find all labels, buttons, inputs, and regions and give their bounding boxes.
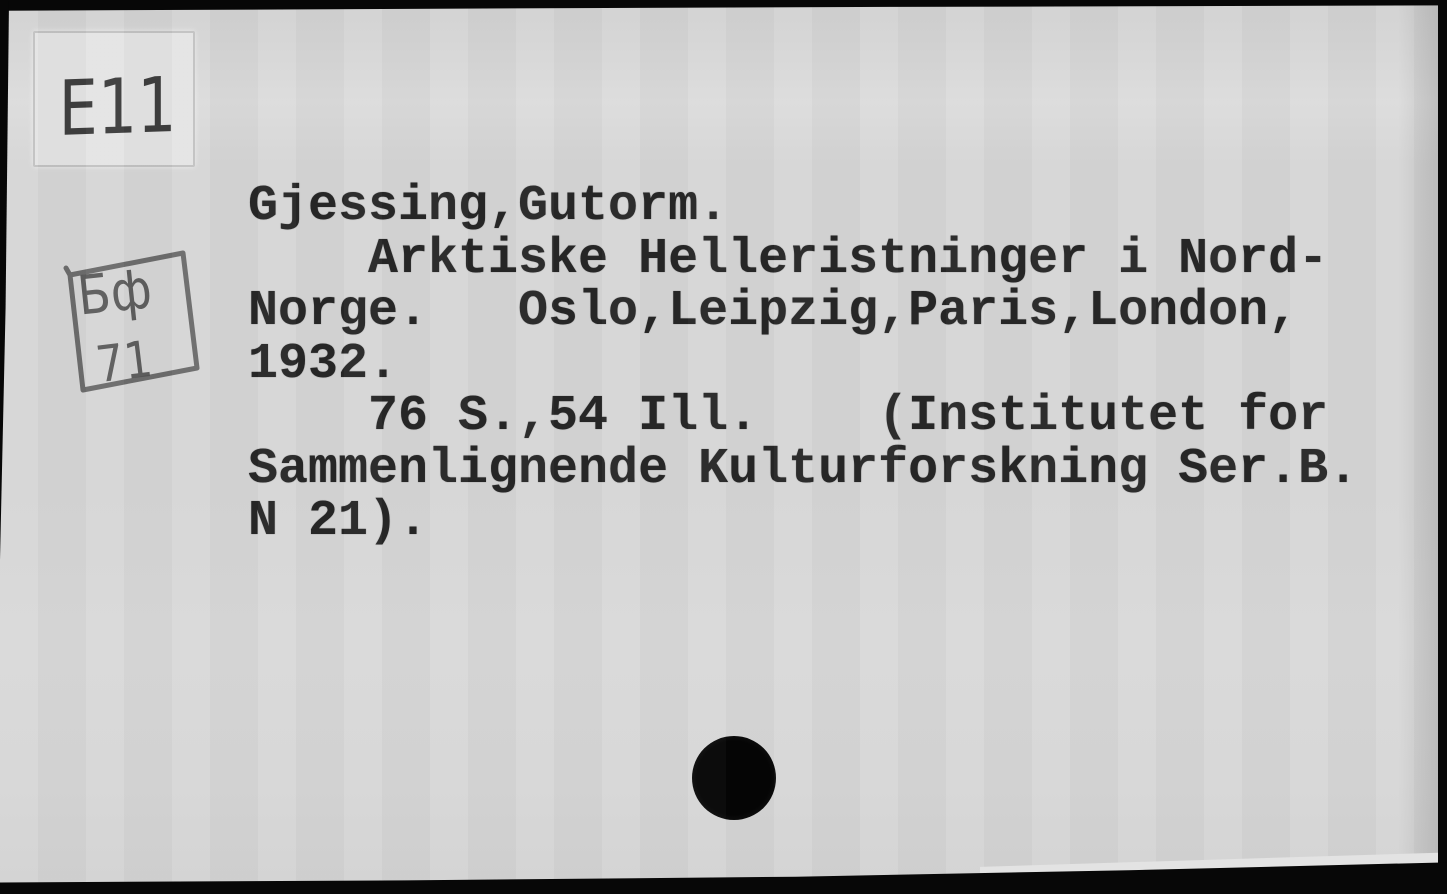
entry-line-series-1: Sammenlignende Kulturforskning Ser.B. (248, 444, 1358, 497)
entry-line-title-2: Norge. Oslo,Leipzig,Paris,London, (248, 286, 1358, 339)
stamp-text-bottom: 71 (93, 330, 156, 394)
punch-hole (692, 736, 776, 820)
card-right-edge-shading (1398, 5, 1438, 894)
entry-line-author: Gjessing,Gutorm. (248, 181, 1358, 234)
bibliographic-entry: Gjessing,Gutorm. Arktiske Helleristninge… (248, 181, 1358, 549)
stamp-text-top: Бф (75, 257, 155, 327)
scanned-catalog-card-page: E11 Бф 71 Gjessing,Gutorm. Arktiske Hell… (0, 0, 1447, 894)
scan-border-right (1438, 0, 1447, 894)
stamp-drawing: Бф 71 (54, 241, 218, 405)
entry-line-title-1: Arktiske Helleristninger i Nord- (248, 234, 1358, 287)
classmark-handwriting: E11 (35, 33, 193, 165)
accession-stamp: Бф 71 (54, 241, 218, 405)
classmark-text: E11 (59, 60, 177, 153)
entry-line-series-2: N 21). (248, 496, 1358, 549)
entry-line-collation: 76 S.,54 Ill. (Institutet for (248, 391, 1358, 444)
classmark-label: E11 (33, 31, 195, 167)
catalog-card: E11 Бф 71 Gjessing,Gutorm. Arktiske Hell… (0, 5, 1441, 886)
entry-line-year: 1932. (248, 339, 1358, 392)
